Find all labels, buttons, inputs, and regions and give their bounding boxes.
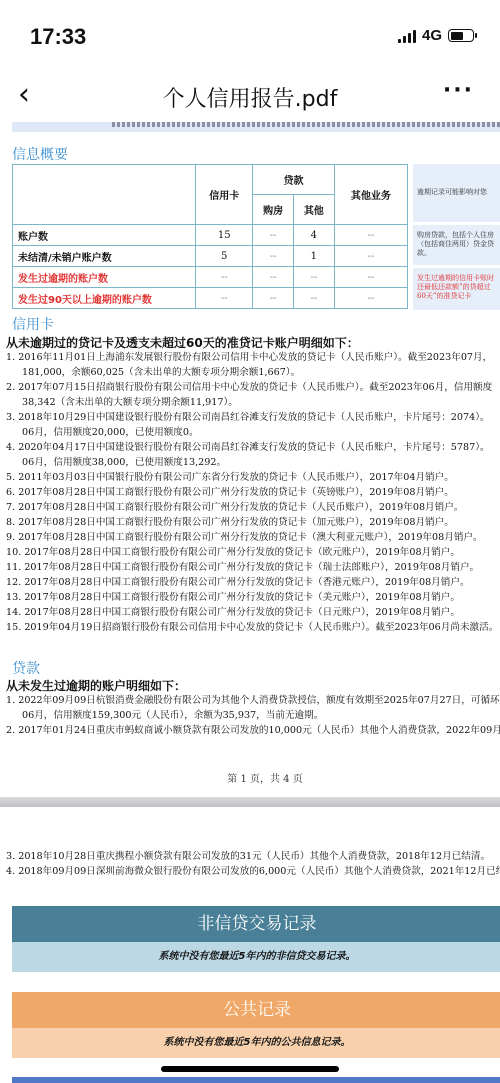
- credit-card-title: 信用卡: [12, 314, 54, 334]
- public-records-header: 公共记录: [12, 992, 500, 1028]
- table-row: 发生过逾期的账户数 -- -- -- --: [13, 267, 408, 288]
- list-item: 2. 2017年07月15日招商银行股份有限公司信用卡中心发放的贷记卡（人民币账…: [6, 380, 500, 410]
- table-row: 未结清/未销户账户数 5 -- 1 --: [13, 246, 408, 267]
- non-credit-header: 非信贷交易记录: [12, 906, 500, 942]
- list-item: 8. 2017年08月28日中国工商银行股份有限公司广州分行发放的贷记卡（加元账…: [6, 515, 500, 530]
- note-overdue-definition: 发生过逾期的信用卡账时还最低还款额”的贷超过60天”的准贷记卡: [413, 268, 500, 310]
- list-item: 15. 2019年04月19日招商银行股份有限公司信用卡中心发放的贷记卡（人民币…: [6, 620, 500, 635]
- loans-subtitle: 从未发生过逾期的账户明细如下：: [6, 677, 186, 694]
- list-item: 3. 2018年10月28日重庆携程小额贷款有限公司发放的31元（人民币）其他个…: [6, 849, 500, 864]
- list-item: 3. 2018年10月29日中国建设银行股份有限公司南昌红谷滩支行发放的贷记卡（…: [6, 410, 500, 440]
- list-item: 13. 2017年08月28日中国工商银行股份有限公司广州分行发放的贷记卡（美元…: [6, 590, 500, 605]
- non-credit-body: 系统中没有您最近5年内的非信贷交易记录。: [12, 942, 500, 972]
- status-time: 17:33: [30, 24, 86, 50]
- col-other-business: 其他业务: [334, 165, 407, 225]
- battery-icon: [448, 29, 474, 42]
- list-item: 4. 2020年04月17日中国建设银行股份有限公司南昌红谷滩支行发放的贷记卡（…: [6, 440, 500, 470]
- network-type: 4G: [422, 27, 442, 44]
- page-separator: [0, 797, 500, 807]
- list-item: 2. 2017年01月24日重庆市蚂蚁商诚小额贷款有限公司发放的10,000元（…: [6, 723, 500, 738]
- list-item: 10. 2017年08月28日中国工商银行股份有限公司广州分行发放的贷记卡（欧元…: [6, 545, 500, 560]
- status-indicators: 4G: [398, 27, 474, 44]
- summary-notes: 逾期记录可能影响对您 购房贷款，包括个人住房（包括商住两用）贷金贷款。 发生过逾…: [413, 164, 500, 313]
- credit-card-list: 1. 2016年11月01日上海浦东发展银行股份有限公司信用卡中心发放的贷记卡（…: [6, 350, 500, 635]
- table-row: 账户数 15 -- 4 --: [13, 225, 408, 246]
- col-other: 其他: [293, 195, 334, 225]
- table-row: 发生过90天以上逾期的账户数 -- -- -- --: [13, 288, 408, 309]
- list-item: 6. 2017年08月28日中国工商银行股份有限公司广州分行发放的贷记卡（英镑账…: [6, 485, 500, 500]
- list-item: 7. 2017年08月28日中国工商银行股份有限公司广州分行发放的贷记卡（人民币…: [6, 500, 500, 515]
- document-title: 个人信用报告.pdf: [0, 82, 500, 113]
- list-item: 9. 2017年08月28日中国工商银行股份有限公司广州分行发放的贷记卡（澳大利…: [6, 530, 500, 545]
- home-indicator[interactable]: [161, 1066, 339, 1072]
- ellipsis-icon: ···: [443, 78, 474, 103]
- note-housing-loan: 购房贷款，包括个人住房（包括商住两用）贷金贷款。: [413, 225, 500, 265]
- next-section-header: [12, 1077, 500, 1083]
- credit-card-subtitle: 从未逾期过的贷记卡及透支未超过60天的准贷记卡账户明细如下：: [6, 334, 359, 351]
- summary-table: 信用卡 贷款 其他业务 购房 其他 账户数 15 -- 4 -- 未结清/未销户…: [12, 164, 408, 309]
- loans-title: 贷款: [12, 658, 40, 678]
- more-options-button[interactable]: ···: [443, 78, 474, 103]
- col-credit-card: 信用卡: [196, 165, 253, 225]
- col-housing: 购房: [253, 195, 294, 225]
- list-item: 1. 2016年11月01日上海浦东发展银行股份有限公司信用卡中心发放的贷记卡（…: [6, 350, 500, 380]
- nav-bar: ‹ 个人信用报告.pdf ···: [0, 70, 500, 122]
- loans-list-continued: 3. 2018年10月28日重庆携程小额贷款有限公司发放的31元（人民币）其他个…: [6, 849, 500, 879]
- list-item: 14. 2017年08月28日中国工商银行股份有限公司广州分行发放的贷记卡（日元…: [6, 605, 500, 620]
- list-item: 5. 2011年03月03日中国银行股份有限公司广东省分行发放的贷记卡（人民币账…: [6, 470, 500, 485]
- summary-title: 信息概要: [12, 144, 68, 164]
- note-overdue-impact: 逾期记录可能影响对您: [413, 164, 500, 222]
- signal-icon: [398, 29, 416, 43]
- page-indicator: 第 1 页，共 4 页: [0, 770, 500, 785]
- list-item: 1. 2022年09月09日杭银消费金融股份有限公司为其他个人消费贷款授信，额度…: [6, 693, 500, 723]
- col-loans: 贷款: [253, 165, 334, 195]
- loans-list: 1. 2022年09月09日杭银消费金融股份有限公司为其他个人消费贷款授信，额度…: [6, 693, 500, 738]
- pdf-viewer[interactable]: 信息概要 信用卡 贷款 其他业务 购房 其他 账户数 15 -- 4 -- 未结…: [0, 122, 500, 1083]
- header-strip: [12, 122, 500, 132]
- list-item: 4. 2018年09月09日深圳前海微众银行股份有限公司发放的6,000元（人民…: [6, 864, 500, 879]
- status-bar: 17:33 4G: [0, 0, 500, 70]
- list-item: 12. 2017年08月28日中国工商银行股份有限公司广州分行发放的贷记卡（香港…: [6, 575, 500, 590]
- public-records-body: 系统中没有您最近5年内的公共信息记录。: [12, 1028, 500, 1058]
- list-item: 11. 2017年08月28日中国工商银行股份有限公司广州分行发放的贷记卡（瑞士…: [6, 560, 500, 575]
